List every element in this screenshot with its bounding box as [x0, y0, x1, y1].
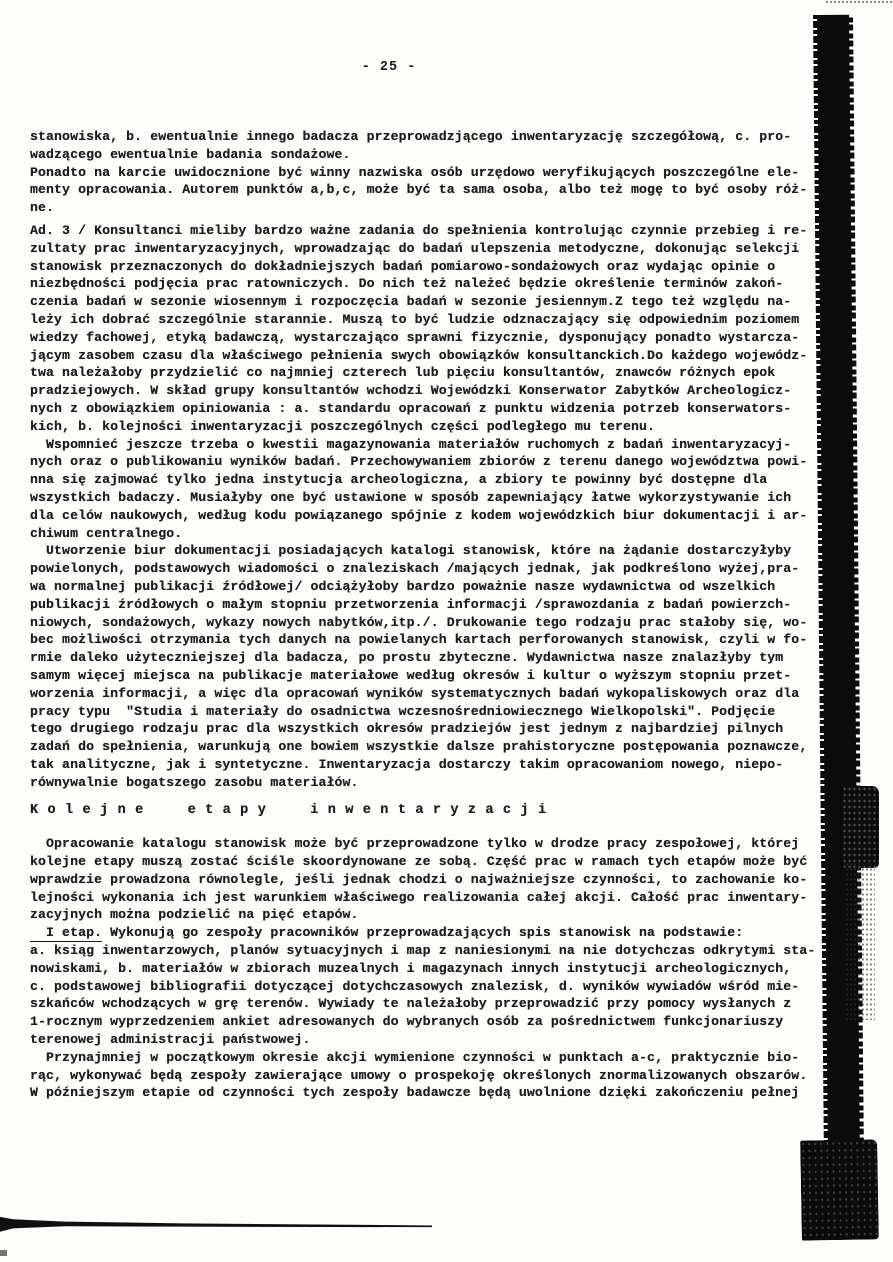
paragraph: stanowiska, b. ewentualnie innego badacz…	[30, 128, 835, 217]
text-line: lejności wykonania ich jest warunkiem wł…	[30, 889, 835, 907]
text-line: bec możliwości otrzymania tych danych na…	[30, 631, 835, 649]
text-line: kich, b. kolejności inwentaryzacji poszc…	[30, 418, 835, 436]
scan-corner-mark	[0, 1250, 7, 1256]
text-line: wa normalnej publikacji źródłowej/ odcią…	[30, 578, 835, 596]
page-number: - 25 -	[0, 60, 778, 75]
paragraph: Wspomnieć jeszcze trzeba o kwestii magaz…	[30, 436, 835, 543]
text-line: rąc, wykonywać będą zespoły zawierające …	[30, 1067, 835, 1085]
text-line: wadzącego ewentualnie badania sondażowe.	[30, 146, 835, 164]
paragraph: Ad. 3 / Konsultanci mieliby bardzo ważne…	[30, 222, 835, 436]
text-line: powielonych, podstawowych wiadomości o z…	[30, 560, 835, 578]
scan-speckle-strip	[845, 862, 875, 1020]
text-line: worzenia informacji, a więc dla opracowa…	[30, 685, 835, 703]
text-line: wszystkich badaczy. Musiałyby one być us…	[30, 489, 835, 507]
text-line: stanowisk przeznaczonych do dokładniejsz…	[30, 258, 835, 276]
text-line: twa należałoby przydzielić co najmniej c…	[30, 364, 835, 382]
text-line: równywalnie bogatszego zasobu materiałów…	[30, 774, 835, 792]
text-line: nna się zajmować tylko jedna instytucja …	[30, 471, 835, 489]
text-line: Opracowanie katalogu stanowisk może być …	[30, 835, 835, 853]
text-line: ne.	[30, 199, 835, 217]
text-line: Ad. 3 / Konsultanci mieliby bardzo ważne…	[30, 222, 835, 240]
text-line: tego drugiego rodzaju prac dla wszystkic…	[30, 720, 835, 738]
text-line: pracy typu "Studia i materiały do osadni…	[30, 703, 835, 721]
text-line: Utworzenie biur dokumentacji posiadający…	[30, 542, 835, 560]
scanned-document-page: - 25 - stanowiska, b. ewentualnie innego…	[0, 0, 893, 1262]
paragraph: a. ksiąg inwentarzowych, planów sytuacyj…	[30, 942, 835, 1049]
text-line: Ponadto na karcie uwidocznione być winny…	[30, 164, 835, 182]
text-line: kolejne etapy muszą zostać ściśle skoord…	[30, 853, 835, 871]
text-line: nych oraz o publikowaniu wyników badań. …	[30, 453, 835, 471]
text-line: jącym zasobem czasu dla właściwego pełni…	[30, 347, 835, 365]
text-line: publikacji źródłowych o małym stopniu pr…	[30, 596, 835, 614]
section-heading: K o l e j n e e t a p y i n w e n t a r …	[30, 802, 835, 820]
text-line: chiwum centralnego.	[30, 525, 835, 543]
text-line: niowych, sondażowych, wykazy nowych naby…	[30, 614, 835, 632]
text-line: nowiskami, b. materiałów w zbiorach muze…	[30, 960, 835, 978]
text-line: zadań do spełnienia, warunkują one bowie…	[30, 738, 835, 756]
paragraph: Przynajmniej w początkowym okresie akcji…	[30, 1049, 835, 1102]
stage-heading-line: I etap. Wykonują go zespoły pracowników …	[30, 924, 835, 942]
text-line: rmie daleko użyteczniejszej dla badacza,…	[30, 649, 835, 667]
paragraph: Opracowanie katalogu stanowisk może być …	[30, 835, 835, 924]
text-line: W późniejszym etapie od czynności tych z…	[30, 1084, 835, 1102]
stage-label-underlined: I etap.	[30, 925, 102, 942]
text-line: czenia badań w sezonie wiosennym i rozpo…	[30, 293, 835, 311]
text-line: terenowej administracji państwowej.	[30, 1031, 835, 1049]
scan-artifact-blob-mid	[842, 786, 879, 868]
text-line: samym więcej miejsca na publikacje mater…	[30, 667, 835, 685]
text-line: pradziejowych. W skład grupy konsultantó…	[30, 382, 835, 400]
stage-line-rest: Wykonują go zespoły pracowników przeprow…	[102, 925, 743, 940]
text-line: a. ksiąg inwentarzowych, planów sytuacyj…	[30, 942, 835, 960]
scan-bottom-edge-shadow	[0, 1213, 432, 1237]
text-line: tak analityczne, jak i syntetyczne. Inwe…	[30, 756, 835, 774]
text-line: dla celów naukowych, według kodu powiąza…	[30, 507, 835, 525]
paragraph: Utworzenie biur dokumentacji posiadający…	[30, 542, 835, 791]
text-line: szkańców wchodzących w grę terenów. Wywi…	[30, 995, 835, 1013]
text-line: zacyjnych można podzielić na pięć etapów…	[30, 906, 835, 924]
text-column: stanowiska, b. ewentualnie innego badacz…	[30, 128, 835, 1102]
scan-top-dotted-edge	[826, 1, 892, 3]
text-line: Wspomnieć jeszcze trzeba o kwestii magaz…	[30, 436, 835, 454]
text-line: stanowiska, b. ewentualnie innego badacz…	[30, 128, 835, 146]
text-line: Przynajmniej w początkowym okresie akcji…	[30, 1049, 835, 1067]
text-line: 1-rocznym wyprzedzeniem ankiet adresowan…	[30, 1013, 835, 1031]
text-line: leży ich dobrać szczególnie starannie. M…	[30, 311, 835, 329]
text-line: niezbędności podjęcia prac ratowniczych.…	[30, 275, 835, 293]
scan-artifact-blob-bottom	[800, 1139, 879, 1240]
text-line: menty opracowania. Autorem punktów a,b,c…	[30, 181, 835, 199]
text-line: wiedzy fachowej, etyką badawczą, wystarc…	[30, 329, 835, 347]
text-line: nych z obowiązkiem opiniowania : a. stan…	[30, 400, 835, 418]
text-line: c. podstawowej bibliografii dotyczącej d…	[30, 978, 835, 996]
text-line: zultaty prac inwentaryzacyjnych, wprowad…	[30, 240, 835, 258]
text-line: wprawdzie prowadzona równolegle, jeśli j…	[30, 871, 835, 889]
